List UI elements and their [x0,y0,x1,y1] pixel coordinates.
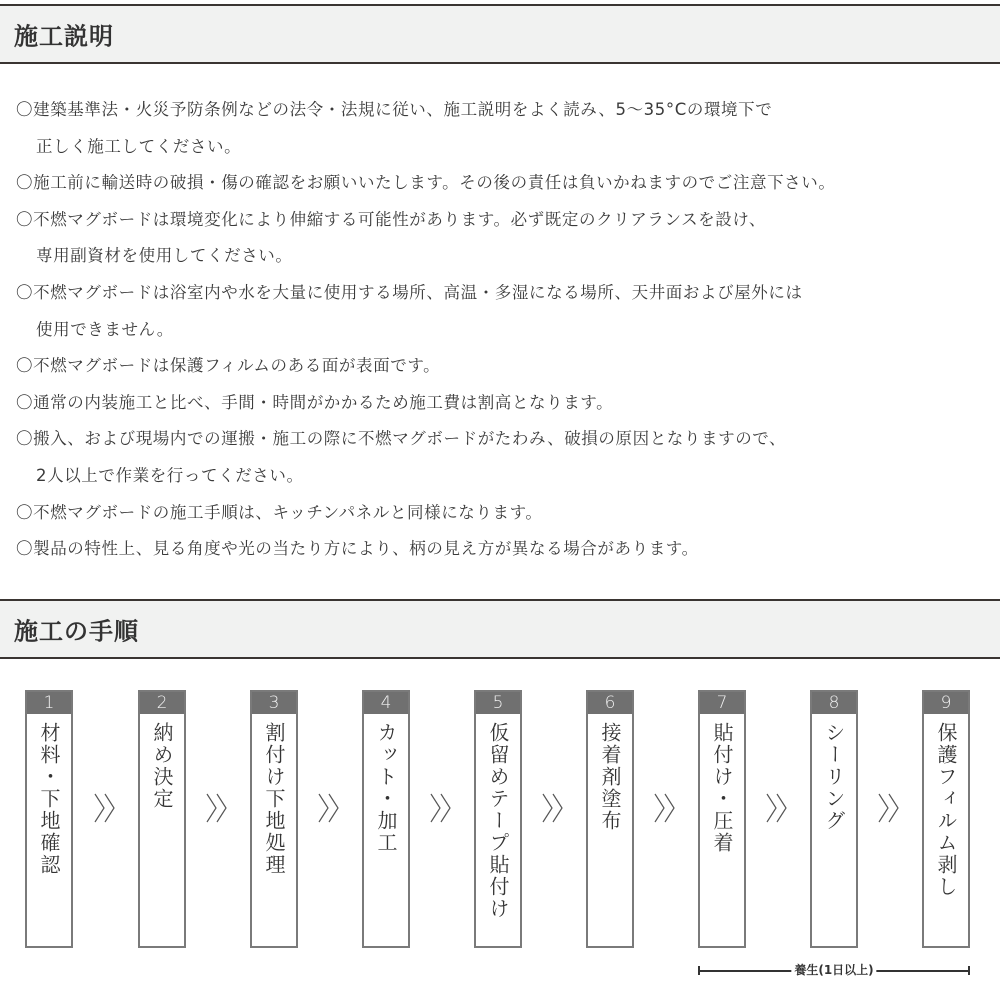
step-1: 1 材料・下地確認 [25,690,73,948]
step-6: 6 接着剤塗布 [586,690,634,948]
note-line: 専用副資材を使用してください。 [16,238,996,275]
step-2: 2 納め決定 [138,690,186,948]
step-number: 4 [364,692,408,714]
note-line: 〇不燃マグボードの施工手順は、キッチンパネルと同様になります。 [16,495,996,532]
section-header-instructions: 施工説明 [0,4,1000,64]
note-item: 〇不燃マグボードは保護フィルムのある面が表面です。 [16,348,996,385]
note-line: 〇製品の特性上、見る角度や光の当たり方により、柄の見え方が異なる場合があります。 [16,531,996,568]
double-chevron-right-icon [764,790,792,826]
step-label: 仮留めテープ貼付け [476,722,520,942]
step-3: 3 割付け下地処理 [250,690,298,948]
double-chevron-right-icon [428,790,456,826]
step-number: 3 [252,692,296,714]
range-end-tick [968,966,970,975]
step-number: 1 [27,692,71,714]
step-label: カット・加工 [364,722,408,942]
procedure-steps: 1 材料・下地確認 2 納め決定 3 割付け下地処理 4 カット・加工 5 仮留… [0,690,1000,950]
double-chevron-right-icon [204,790,232,826]
step-9: 9 保護フィルム剥し [922,690,970,948]
note-line: 2人以上で作業を行ってください。 [16,458,996,495]
note-item: 〇通常の内装施工と比べ、手間・時間がかかるため施工費は割高となります。 [16,385,996,422]
step-label: シーリング [812,722,856,942]
step-number: 7 [700,692,744,714]
step-5: 5 仮留めテープ貼付け [474,690,522,948]
step-label: 接着剤塗布 [588,722,632,942]
section-title: 施工の手順 [14,612,139,647]
note-item: 〇不燃マグボードは環境変化により伸縮する可能性があります。必ず既定のクリアランス… [16,202,996,275]
instruction-notes-list: 〇建築基準法・火災予防条例などの法令・法規に従い、施工説明をよく読み、5〜35°… [16,92,996,568]
double-chevron-right-icon [652,790,680,826]
step-label: 割付け下地処理 [252,722,296,942]
curing-label: 養生(1日以上) [791,961,876,978]
note-item: 〇不燃マグボードの施工手順は、キッチンパネルと同様になります。 [16,495,996,532]
step-label: 保護フィルム剥し [924,722,968,942]
note-item: 〇製品の特性上、見る角度や光の当たり方により、柄の見え方が異なる場合があります。 [16,531,996,568]
step-8: 8 シーリング [810,690,858,948]
note-line: 正しく施工してください。 [16,129,996,166]
note-line: 〇施工前に輸送時の破損・傷の確認をお願いいたします。その後の責任は負いかねますの… [16,165,996,202]
step-number: 2 [140,692,184,714]
double-chevron-right-icon [316,790,344,826]
note-line: 〇不燃マグボードは保護フィルムのある面が表面です。 [16,348,996,385]
step-7: 7 貼付け・圧着 [698,690,746,948]
note-item: 〇不燃マグボードは浴室内や水を大量に使用する場所、高温・多湿になる場所、天井面お… [16,275,996,348]
double-chevron-right-icon [876,790,904,826]
note-line: 〇建築基準法・火災予防条例などの法令・法規に従い、施工説明をよく読み、5〜35°… [16,92,996,129]
double-chevron-right-icon [92,790,120,826]
note-item: 〇施工前に輸送時の破損・傷の確認をお願いいたします。その後の責任は負いかねますの… [16,165,996,202]
step-4: 4 カット・加工 [362,690,410,948]
step-number: 8 [812,692,856,714]
step-number: 9 [924,692,968,714]
curing-period-indicator: 養生(1日以上) [698,962,970,978]
step-label: 材料・下地確認 [27,722,71,942]
note-line: 〇不燃マグボードは浴室内や水を大量に使用する場所、高温・多湿になる場所、天井面お… [16,275,996,312]
note-line: 使用できません。 [16,312,996,349]
note-item: 〇建築基準法・火災予防条例などの法令・法規に従い、施工説明をよく読み、5〜35°… [16,92,996,165]
note-line: 〇搬入、および現場内での運搬・施工の際に不燃マグボードがたわみ、破損の原因となり… [16,421,996,458]
note-item: 〇搬入、および現場内での運搬・施工の際に不燃マグボードがたわみ、破損の原因となり… [16,421,996,494]
note-line: 〇通常の内装施工と比べ、手間・時間がかかるため施工費は割高となります。 [16,385,996,422]
step-label: 貼付け・圧着 [700,722,744,942]
double-chevron-right-icon [540,790,568,826]
step-number: 6 [588,692,632,714]
section-header-procedure: 施工の手順 [0,599,1000,659]
note-line: 〇不燃マグボードは環境変化により伸縮する可能性があります。必ず既定のクリアランス… [16,202,996,239]
section-title: 施工説明 [14,17,114,52]
step-number: 5 [476,692,520,714]
step-label: 納め決定 [140,722,184,942]
